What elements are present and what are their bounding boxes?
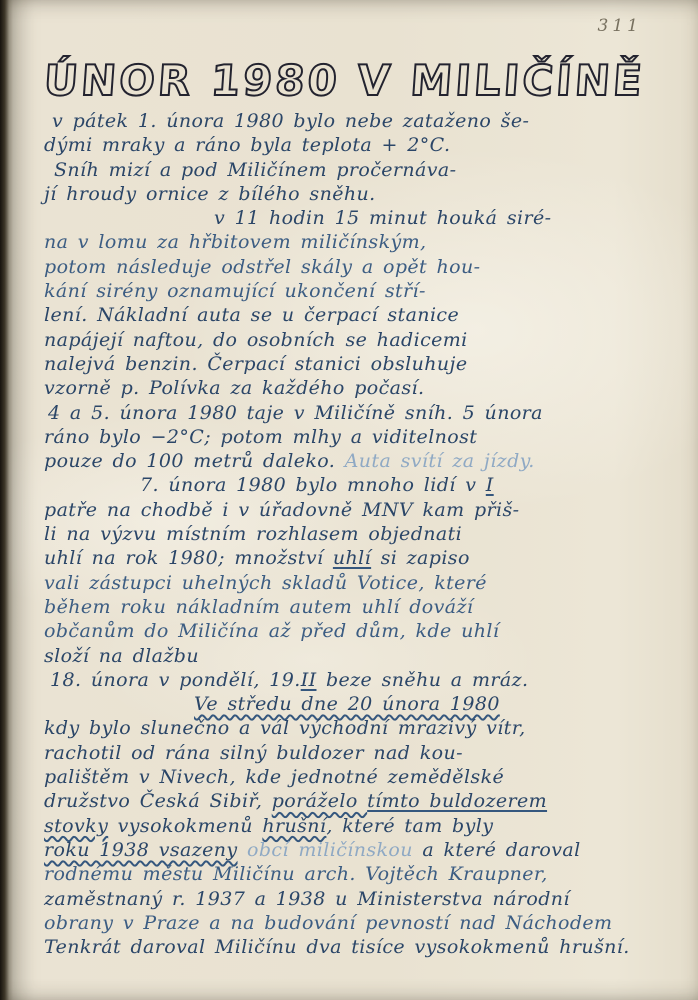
heading-text-wavy-underline: Ve středu dne 20 února 1980 <box>194 693 500 715</box>
text-run-underlined: tímto buldozerem <box>367 790 547 812</box>
manuscript-line: potom následuje odstřel skály a opět hou… <box>44 256 690 280</box>
manuscript-line: Tenkrát daroval Miličínu dva tisíce vyso… <box>44 936 690 960</box>
manuscript-line: obrany v Praze a na budování pevností na… <box>44 912 690 936</box>
text-run: uhlí na rok 1980; množství <box>44 547 333 569</box>
text-run-wavy-underline: roku 1938 vsazeny <box>44 839 238 861</box>
text-run: vysokokmenů <box>108 815 262 837</box>
text-run: jí hroudy ornice z bílého sněhu. <box>44 183 376 205</box>
text-run-underlined: uhlí <box>333 547 371 569</box>
manuscript-line: 7. února 1980 bylo mnoho lidí v I <box>44 474 690 498</box>
text-run: Sníh mizí a pod Miličínem pročernáva- <box>54 159 456 181</box>
text-run: rodnému městu Miličínu arch. Vojtěch Kra… <box>44 863 548 885</box>
text-run: občanům do Miličína až před dům, kde uhl… <box>44 620 499 642</box>
page-number: 311 <box>598 16 642 36</box>
manuscript-line: 4 a 5. února 1980 taje v Miličíně sníh. … <box>44 402 690 426</box>
text-run: během roku nákladním autem uhlí dováží <box>44 596 473 618</box>
manuscript-line: v pátek 1. února 1980 bylo nebe zataženo… <box>44 110 690 134</box>
text-run: 18. února v pondělí, 19. <box>50 669 301 691</box>
manuscript-line: lení. Nákladní auta se u čerpací stanice <box>44 304 690 328</box>
text-run: beze sněhu a mráz. <box>317 669 529 691</box>
manuscript-line: nalejvá benzin. Čerpací stanici obsluhuj… <box>44 353 690 377</box>
manuscript-line: uhlí na rok 1980; množství uhlí si zapis… <box>44 547 690 571</box>
manuscript-line: stovky vysokokmenů hrušní, které tam byl… <box>44 815 690 839</box>
text-run: 4 a 5. února 1980 taje v Miličíně sníh. … <box>48 402 543 424</box>
manuscript-line: palištěm v Nivech, kde jednotné zeměděls… <box>44 766 690 790</box>
text-run-wavy-underline: stovky <box>44 815 108 837</box>
text-run: lení. Nákladní auta se u čerpací stanice <box>44 304 459 326</box>
text-run: Tenkrát daroval Miličínu dva tisíce vyso… <box>44 936 630 958</box>
manuscript-line: Sníh mizí a pod Miličínem pročernáva- <box>44 159 690 183</box>
manuscript-line: pouze do 100 metrů daleko. Auta svítí za… <box>44 450 690 474</box>
text-run-wavy-underline: poráželo <box>272 790 367 812</box>
text-run: kdy bylo slunečno a vál východní mrazivý… <box>44 717 526 739</box>
manuscript-line: v 11 hodin 15 minut houká siré- <box>44 207 690 231</box>
text-run: si zapiso <box>371 547 470 569</box>
text-run: potom následuje odstřel skály a opět hou… <box>44 256 480 278</box>
text-run: napájejí naftou, do osobních se hadicemi <box>44 329 468 351</box>
text-run: palištěm v Nivech, kde jednotné zeměděls… <box>44 766 504 788</box>
chronicle-title: ÚNOR 1980 V MILIČÍNĚ <box>42 56 646 105</box>
text-run: složí na dlažbu <box>44 645 199 667</box>
manuscript-line: ráno bylo −2°C; potom mlhy a viditelnost <box>44 426 690 450</box>
manuscript-line: roku 1938 vsazeny obcí miličínskou a kte… <box>44 839 690 863</box>
text-run: obrany v Praze a na budování pevností na… <box>44 912 612 934</box>
text-run: nalejvá benzin. Čerpací stanici obsluhuj… <box>44 353 468 375</box>
manuscript-line: kání sirény oznamující ukončení stří- <box>44 280 690 304</box>
text-run: zaměstnaný r. 1937 a 1938 u Ministerstva… <box>44 888 570 910</box>
manuscript-line: rachotil od rána silný buldozer nad kou- <box>44 742 690 766</box>
manuscript-line: napájejí naftou, do osobních se hadicemi <box>44 329 690 353</box>
text-run: 7. února 1980 bylo mnoho lidí v <box>140 474 486 496</box>
text-run: v pátek 1. února 1980 bylo nebe zataženo… <box>52 110 529 132</box>
manuscript-heading-line: Ve středu dne 20 února 1980 <box>44 693 690 717</box>
manuscript-line: kdy bylo slunečno a vál východní mrazivý… <box>44 717 690 741</box>
manuscript-line: patře na chodbě i v úřadovně MNV kam při… <box>44 499 690 523</box>
text-run: patře na chodbě i v úřadovně MNV kam při… <box>44 499 519 521</box>
text-run-light-ink: Auta svítí za jízdy. <box>345 450 535 472</box>
manuscript-line: vzorně p. Polívka za každého počasí. <box>44 377 690 401</box>
book-binding-edge <box>0 0 13 1000</box>
text-run: družstvo Česká Sibiř, <box>44 790 272 812</box>
text-run-wavy-underline: hrušní <box>262 815 326 837</box>
text-run: vzorně p. Polívka za každého počasí. <box>44 377 424 399</box>
text-run: a které daroval <box>422 839 580 861</box>
text-run: rachotil od rána silný buldozer nad kou- <box>44 742 463 764</box>
text-run-underlined: II <box>301 669 317 691</box>
text-run: kání sirény oznamující ukončení stří- <box>44 280 426 302</box>
text-run: v 11 hodin 15 minut houká siré- <box>214 207 551 229</box>
manuscript-line: družstvo Česká Sibiř, poráželo tímto bul… <box>44 790 690 814</box>
manuscript-line: zaměstnaný r. 1937 a 1938 u Ministerstva… <box>44 888 690 912</box>
manuscript-line: během roku nákladním autem uhlí dováží <box>44 596 690 620</box>
text-run-underlined: I <box>486 474 494 496</box>
text-run: dými mraky a ráno byla teplota + 2°C. <box>44 134 450 156</box>
text-run: ráno bylo −2°C; potom mlhy a viditelnost <box>44 426 477 448</box>
manuscript-line: dými mraky a ráno byla teplota + 2°C. <box>44 134 690 158</box>
manuscript-line: složí na dlažbu <box>44 645 690 669</box>
manuscript-body: v pátek 1. února 1980 bylo nebe zataženo… <box>44 110 690 960</box>
manuscript-line: rodnému městu Miličínu arch. Vojtěch Kra… <box>44 863 690 887</box>
manuscript-line: 18. února v pondělí, 19.II beze sněhu a … <box>44 669 690 693</box>
manuscript-line: občanům do Miličína až před dům, kde uhl… <box>44 620 690 644</box>
text-run-light-ink: obcí miličínskou <box>238 839 423 861</box>
manuscript-line: vali zástupci uhelných skladů Votice, kt… <box>44 572 690 596</box>
text-run: li na výzvu místním rozhlasem objednati <box>44 523 462 545</box>
manuscript-line: jí hroudy ornice z bílého sněhu. <box>44 183 690 207</box>
manuscript-line: na v lomu za hřbitovem miličínským, <box>44 231 690 255</box>
chronicle-page: 311 ÚNOR 1980 V MILIČÍNĚ v pátek 1. únor… <box>0 0 698 1000</box>
text-run: pouze do 100 metrů daleko. <box>44 450 345 472</box>
text-run: vali zástupci uhelných skladů Votice, kt… <box>44 572 487 594</box>
text-run: , které tam byly <box>326 815 493 837</box>
text-run: na v lomu za hřbitovem miličínským, <box>44 231 427 253</box>
manuscript-line: li na výzvu místním rozhlasem objednati <box>44 523 690 547</box>
